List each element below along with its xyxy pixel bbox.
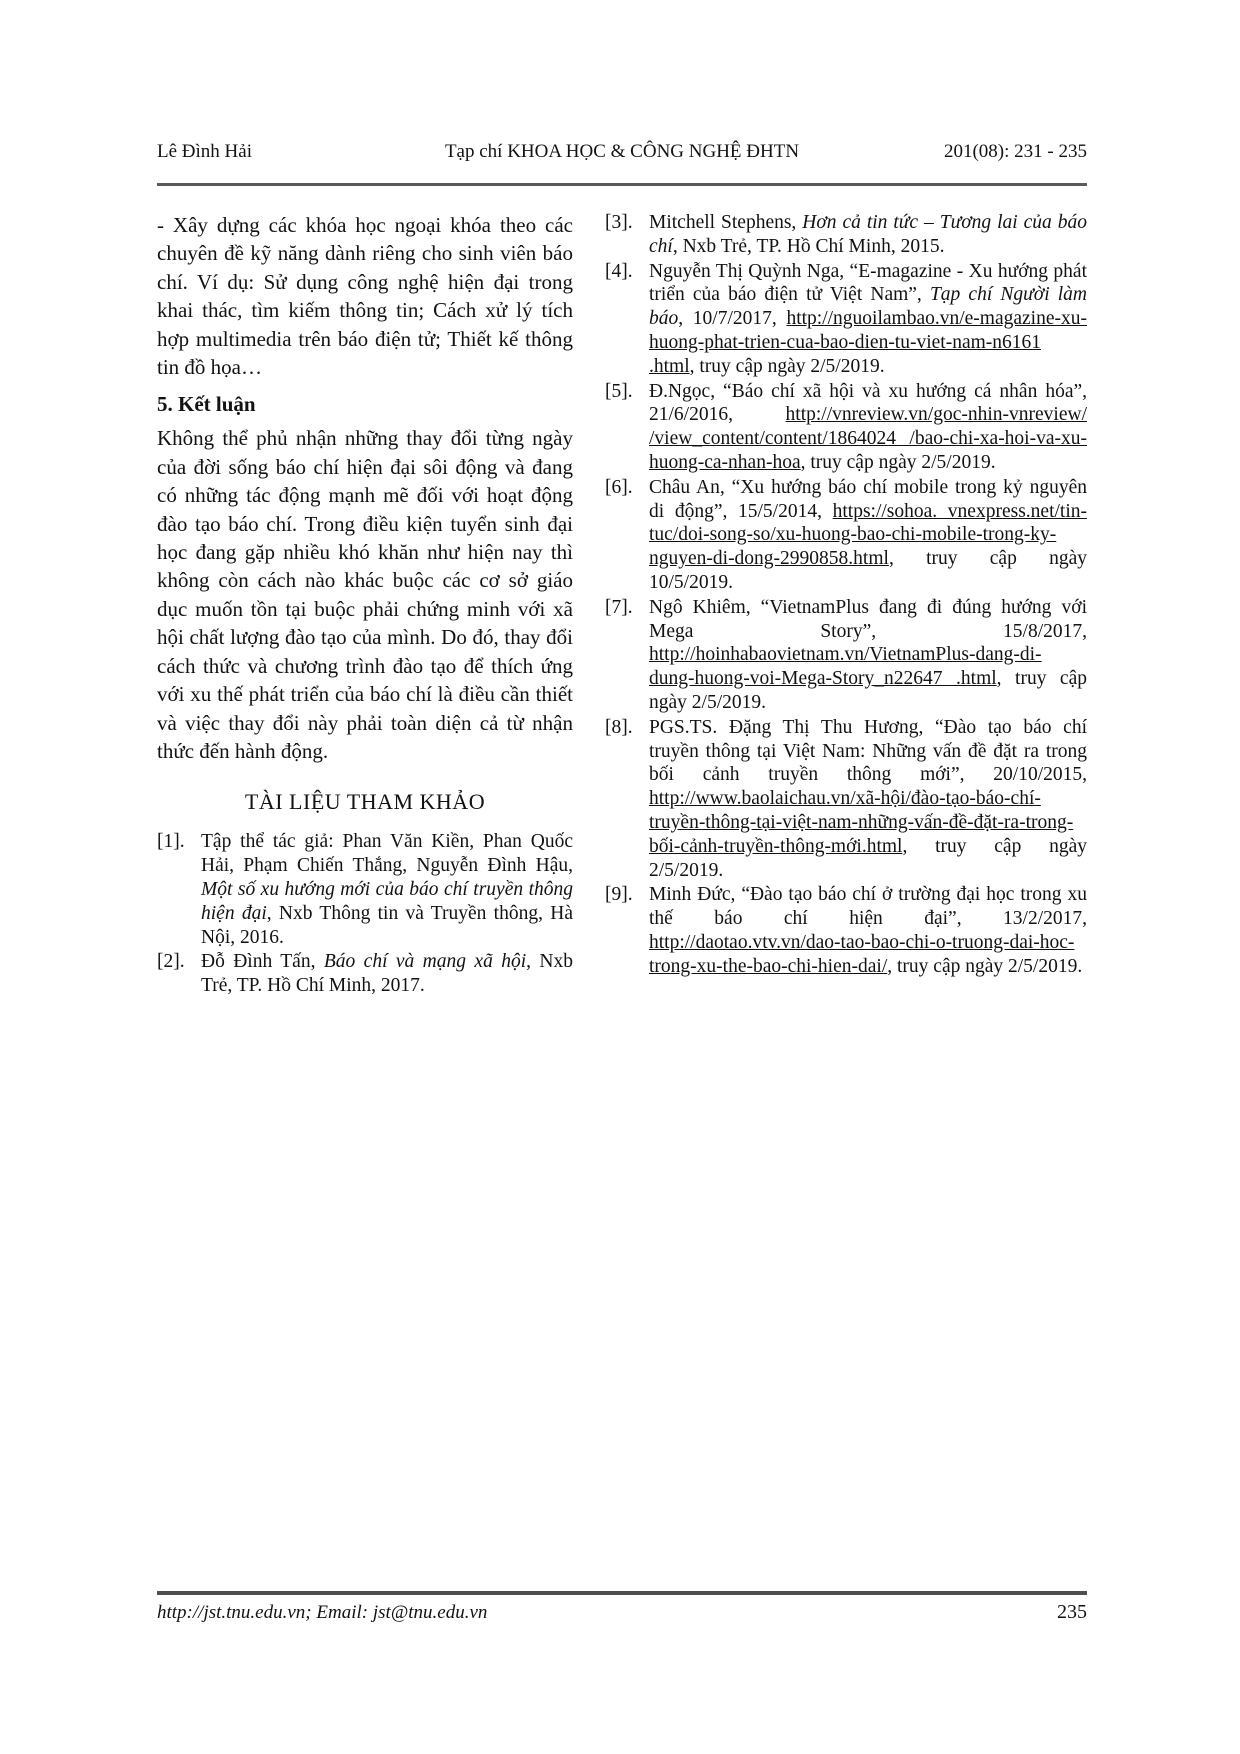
reference-text: Tập thể tác giả: Phan Văn Kiền, Phan Quố… [201, 831, 573, 876]
reference-item: [5].Đ.Ngọc, “Báo chí xã hội và xu hướng … [605, 380, 1087, 475]
conclusion-paragraph: Không thể phủ nhận những thay đổi từng n… [157, 424, 573, 765]
reference-number-label: [5]. [605, 380, 633, 404]
running-head-issue-pages: 201(08): 231 - 235 [944, 141, 1087, 163]
page-number: 235 [1057, 1601, 1087, 1624]
journal-contact-text: http://jst.tnu.edu.vn; Email: jst@tnu.ed… [157, 1602, 487, 1624]
reference-text: , 10/7/2017, [678, 308, 786, 329]
reference-text: Mitchell Stephens, [649, 212, 802, 233]
references-heading: TÀI LIỆU THAM KHẢO [157, 789, 573, 815]
reference-text: PGS.TS. Đặng Thị Thu Hương, “Đào tạo báo… [649, 717, 1087, 786]
reference-text: Ngô Khiêm, “VietnamPlus đang đi đúng hướ… [649, 597, 1087, 642]
reference-text: , truy cập ngày 2/5/2019. [887, 956, 1082, 977]
reference-text: , truy cập ngày 2/5/2019. [690, 356, 885, 377]
reference-text: , truy cập ngày 2/5/2019. [801, 452, 996, 473]
reference-item: [4].Nguyễn Thị Quỳnh Nga, “E-magazine - … [605, 260, 1087, 379]
reference-number-label: [3]. [605, 211, 633, 235]
reference-item: [6].Châu An, “Xu hướng báo chí mobile tr… [605, 476, 1087, 595]
reference-text: , Nxb Trẻ, TP. Hồ Chí Minh, 2015. [673, 236, 945, 257]
reference-list-left: [1].Tập thể tác giả: Phan Văn Kiền, Phan… [157, 830, 573, 998]
bullet-paragraph: - Xây dựng các khóa học ngoại khóa theo … [157, 211, 573, 381]
reference-url-link[interactable]: http://hoinhabaovietnam.vn/VietnamPlus-d… [649, 644, 1042, 689]
reference-text: Đỗ Đình Tấn, [201, 951, 324, 972]
reference-number-label: [4]. [605, 260, 633, 284]
right-column: [3].Mitchell Stephens, Hơn cả tin tức – … [605, 211, 1087, 999]
reference-item: [7].Ngô Khiêm, “VietnamPlus đang đi đúng… [605, 596, 1087, 715]
footer-rule [157, 1591, 1087, 1595]
two-column-body: - Xây dựng các khóa học ngoại khóa theo … [157, 211, 1087, 999]
reference-text: Minh Đức, “Đào tạo báo chí ở trường đại … [649, 884, 1087, 929]
conclusion-heading: 5. Kết luận [157, 392, 573, 417]
reference-number-label: [2]. [157, 950, 185, 974]
reference-text: Báo chí và mạng xã hội [324, 951, 526, 972]
reference-item: [9].Minh Đức, “Đào tạo báo chí ở trường … [605, 883, 1087, 978]
reference-number-label: [8]. [605, 716, 633, 740]
reference-item: [3].Mitchell Stephens, Hơn cả tin tức – … [605, 211, 1087, 259]
page-footer: http://jst.tnu.edu.vn; Email: jst@tnu.ed… [157, 1601, 1087, 1624]
left-column: - Xây dựng các khóa học ngoại khóa theo … [157, 211, 573, 999]
page-header: Lê Đình Hải Tạp chí KHOA HỌC & CÔNG NGHỆ… [157, 141, 1087, 163]
reference-item: [8].PGS.TS. Đặng Thị Thu Hương, “Đào tạo… [605, 716, 1087, 883]
reference-list-right: [3].Mitchell Stephens, Hơn cả tin tức – … [605, 211, 1087, 979]
reference-number-label: [6]. [605, 476, 633, 500]
paper-page: Lê Đình Hải Tạp chí KHOA HỌC & CÔNG NGHỆ… [0, 0, 1240, 1754]
header-rule [157, 183, 1087, 186]
reference-item: [2].Đỗ Đình Tấn, Báo chí và mạng xã hội,… [157, 950, 573, 998]
running-head-journal: Tạp chí KHOA HỌC & CÔNG NGHỆ ĐHTN [445, 141, 799, 163]
running-head-author: Lê Đình Hải [157, 141, 252, 163]
reference-number-label: [9]. [605, 883, 633, 907]
reference-number-label: [7]. [605, 596, 633, 620]
reference-number-label: [1]. [157, 830, 185, 854]
reference-item: [1].Tập thể tác giả: Phan Văn Kiền, Phan… [157, 830, 573, 949]
